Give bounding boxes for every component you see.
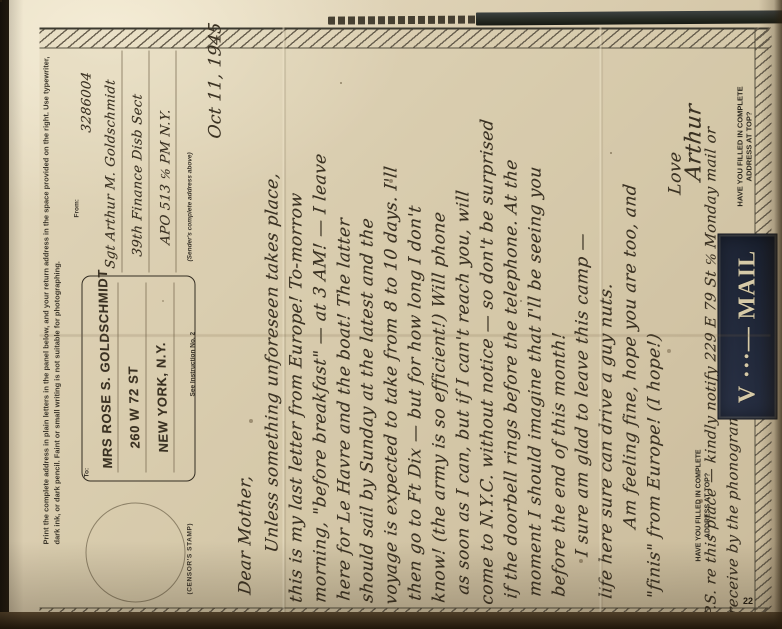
letter-line: should sail by Sunday at the latest and … bbox=[358, 217, 378, 604]
hatched-border-right bbox=[40, 28, 770, 49]
dark-film-band bbox=[476, 10, 782, 25]
see-instruction-note: See Instruction No. 2 bbox=[190, 332, 197, 397]
censor-stamp-circle bbox=[86, 503, 186, 603]
letter-line: know! (the army is so efficient!) Will p… bbox=[430, 210, 450, 603]
letter-salutation: Dear Mother, bbox=[236, 474, 256, 596]
vmail-logo-box: V ···— MAIL bbox=[718, 234, 778, 420]
photo-edge-bottom bbox=[0, 612, 782, 629]
footer-warning-text2: ADDRESS AT TOP? bbox=[704, 473, 711, 538]
from-address-line1: Sgt Arthur M. Goldschmidt bbox=[104, 78, 119, 269]
to-address-line3: New York, N.Y. bbox=[153, 341, 171, 452]
from-rule-2 bbox=[149, 51, 150, 273]
letter-line: before the end of this month! bbox=[550, 331, 570, 598]
from-address-line3: APO 513 ℅ PM N.Y. bbox=[158, 108, 174, 246]
photo-edge-right bbox=[774, 0, 782, 629]
letter-line: Unless something unforeseen takes place, bbox=[263, 171, 283, 553]
from-label: From: bbox=[74, 199, 81, 217]
vmail-photograph: Print the complete address in plain lett… bbox=[0, 0, 782, 629]
address-instructions: Print the complete address in plain lett… bbox=[42, 57, 63, 545]
letter-line: then go to Ft Dix — but for how long I d… bbox=[406, 204, 426, 602]
film-frame-number: 22 bbox=[743, 596, 753, 606]
from-address-line2: 39th Finance Disb Sect bbox=[131, 93, 146, 258]
from-rule-1 bbox=[122, 51, 123, 273]
letter-line: Am feeling fine, hope you are too, and bbox=[621, 183, 641, 530]
from-serial-number: 3286004 bbox=[80, 71, 95, 134]
letter-line: come to N.Y.C. without notice — so don't… bbox=[478, 118, 498, 606]
to-label: To: bbox=[84, 468, 91, 478]
from-rule-3 bbox=[176, 51, 177, 273]
to-address-line2: 260 W 72 St bbox=[125, 366, 142, 449]
letter-line: I sure am glad to leave this camp — bbox=[573, 232, 593, 558]
to-rule-1 bbox=[118, 283, 119, 473]
to-rule-3 bbox=[174, 283, 175, 473]
letter-line: here for Le Havre and the boat! The latt… bbox=[335, 217, 355, 602]
letter-line: morning, "before breakfast" — at 3 AM! —… bbox=[311, 152, 331, 603]
letter-line: life here sure can drive a guy nuts. bbox=[597, 282, 617, 600]
letter-line: as soon as I can, but if I can't reach y… bbox=[454, 189, 474, 596]
footer-warning-left: HAVE YOU FILLED IN COMPLETE ADDRESS AT T… bbox=[696, 445, 713, 567]
letter-line: "finis" from Europe! (I hope!) bbox=[645, 332, 665, 600]
letter-line: if the doorbell rings before the telepho… bbox=[502, 158, 522, 600]
letter-line: this is my last letter from Europe! To-m… bbox=[287, 191, 307, 603]
censor-stamp-label: (CENSOR'S STAMP) bbox=[187, 523, 194, 595]
letter-ps-line2: receive by the phonogram. bbox=[726, 406, 742, 615]
letter-line: voyage is expected to take from 8 to 10 … bbox=[382, 165, 402, 606]
letter-line: moment I should imagine that I'll be see… bbox=[526, 165, 546, 598]
footer-warning-right: HAVE YOU FILLED IN COMPLETE ADDRESS AT T… bbox=[737, 62, 754, 232]
footer-warning-text1: HAVE YOU FILLED IN COMPLETE bbox=[696, 449, 703, 561]
vmail-form: Print the complete address in plain lett… bbox=[40, 28, 770, 625]
photo-edge-left bbox=[0, 0, 9, 629]
adjacent-frame-band bbox=[326, 9, 782, 27]
to-rule-2 bbox=[146, 283, 147, 473]
age-specks bbox=[0, 0, 2, 2]
footer-warning-text2: ADDRESS AT TOP? bbox=[744, 112, 753, 182]
sender-address-note: (Sender's complete address above) bbox=[187, 152, 194, 261]
letter-date: Oct 11, 1945 bbox=[206, 21, 226, 140]
vmail-logo: V ···— MAIL bbox=[734, 250, 761, 403]
fold-crease bbox=[283, 28, 285, 625]
illegible-print-band bbox=[328, 16, 480, 25]
